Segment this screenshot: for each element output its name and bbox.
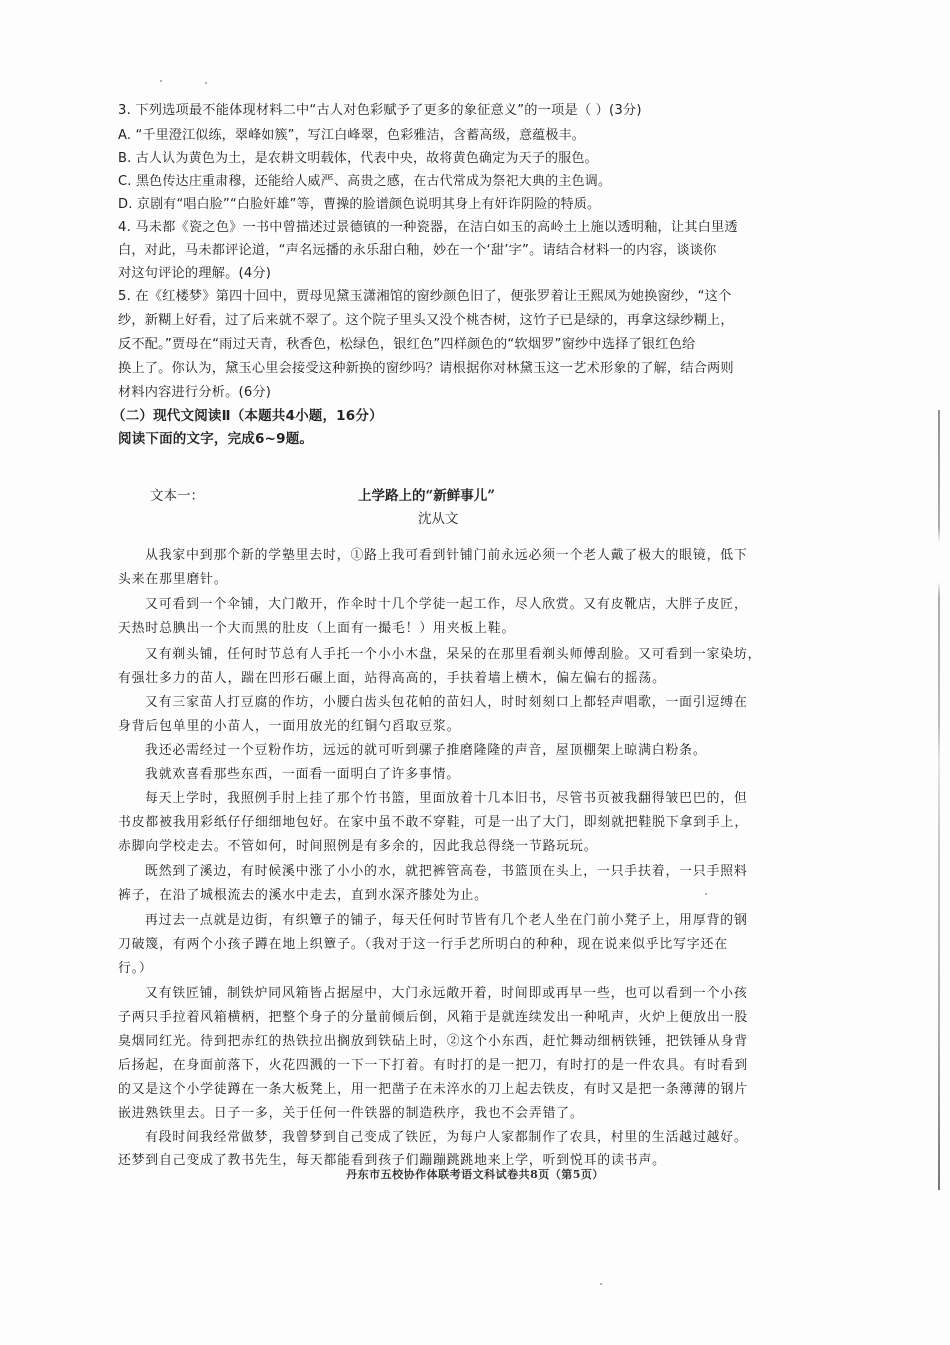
text-1-label: 文本一：: [150, 484, 204, 504]
question-5-line-1: 5. 在《红楼梦》第四十回中，贾母见黛玉潇湘馆的窗纱颜色旧了，便张罗着让王熙凤为…: [118, 289, 848, 305]
body-line: 从我家中到那个新的学塾里去时，①路上我可看到针铺门前永远必须一个老人戴了极大的眼…: [145, 548, 875, 564]
body-line: 臭烟同红光。待到把赤红的热铁拉出搁放到铁砧上时，②这个小东西，赶忙舞动细柄铁锤，…: [118, 1034, 848, 1050]
text-1-author: 沈从文: [418, 507, 459, 527]
question-4-line-2: 白，对此，马未都评论道，“声名远播的永乐甜白釉，妙在一个‘甜’字”。请结合材料一…: [118, 243, 848, 259]
binding-margin-line: [938, 410, 940, 1190]
question-5-line-4: 换上了。你认为，黛玉心里会接受这种新换的窗纱吗？请根据你对林黛玉这一艺术形象的了…: [118, 361, 848, 377]
body-line: 嵌进熟铁里去。日子一多，关于任何一件铁器的制造秩序，我也不会弄错了。: [118, 1106, 848, 1122]
question-5-line-2: 纱，新糊上好看，过了后来就不翠了。这个院子里头又没个桃杏树，这竹子已是绿的，再拿…: [118, 313, 848, 329]
body-line: 再过去一点就是边街，有织簟子的铺子，每天任何时节皆有几个老人坐在门前小凳子上，用…: [145, 913, 875, 929]
section-2-header: （二）现代文阅读Ⅱ（本题共4小题，16分）: [112, 408, 842, 424]
body-line: 我就欢喜看那些东西，一面看一面明白了许多事情。: [145, 767, 875, 783]
scan-speck: [705, 893, 707, 895]
body-line: 我还必需经过一个豆粉作坊，远远的就可听到骡子推磨隆隆的声音，屋顶棚架上晾满白粉条…: [145, 743, 875, 759]
section-2-instruction: 阅读下面的文字，完成6~9题。: [118, 431, 848, 447]
question-4-line-1: 4. 马未都《瓷之色》一书中曾描述过景德镇的一种瓷器，在洁白如玉的高岭土上施以透…: [118, 220, 848, 236]
body-line: 刀破篾，有两个小孩子蹲在地上织簟子。（我对于这一行手艺所明白的种种，现在说来似乎…: [118, 937, 848, 953]
question-3-option-d: D. 京剧有“唱白脸”“白脸奸雄”等，曹操的脸谱颜色说明其身上有奸诈阴险的特质。: [118, 197, 848, 213]
body-line: 子两只手拉着风箱横柄，把整个身子的分量前倾后倒，风箱于是就连续发出一种吼声，火炉…: [118, 1010, 848, 1026]
body-line: 行。）: [118, 961, 848, 977]
scan-speck: [600, 1283, 602, 1285]
body-line: 又可看到一个伞铺，大门敞开，作伞时十几个学徒一起工作，尽人欣赏。又有皮靴店，大胖…: [145, 597, 875, 613]
body-line: 有段时间我经常做梦，我曾梦到自己变成了铁匠，为每户人家都制作了农具，村里的生活越…: [145, 1130, 875, 1146]
question-3-stem: 3. 下列选项最不能体现材料二中“古人对色彩赋予了更多的象征意义”的一项是（ ）…: [118, 103, 848, 119]
body-line: 身背后包单里的小苗人，一面用放光的红铜勺舀取豆浆。: [118, 719, 848, 735]
page-footer: 丹东市五校协作体联考语文科试卷共8页（第5页）: [0, 1166, 950, 1182]
body-line: 又有剃头铺，任何时节总有人手托一个小小木盘，呆呆的在那里看剃头师傅刮脸。又可看到…: [145, 647, 875, 663]
body-line: 头来在那里磨针。: [118, 572, 848, 588]
body-line: 天热时总腆出一个大而黑的肚皮（上面有一撮毛！）用夹板上鞋。: [118, 621, 848, 637]
question-5-line-5: 材料内容进行分析。(6分): [118, 385, 848, 401]
question-4-line-3: 对这句评论的理解。(4分): [118, 266, 848, 282]
body-line: 后扬起，在身面前落下，火花四溅的一下一下打着。有时打的是一把刀，有时打的是一件农…: [118, 1058, 848, 1074]
body-line: 有强壮多力的苗人，踹在凹形石碾上面，站得高高的，手扶着墙上横木，偏左偏右的摇荡。: [118, 671, 848, 687]
body-line: 的又是这个小学徒蹲在一条大板凳上，用一把凿子在未淬水的刀上起去铁皮，有时又是把一…: [118, 1082, 848, 1098]
scan-speck: [160, 80, 162, 82]
body-line: 又有三家苗人打豆腐的作坊，小腰白齿头包花帕的苗妇人，时时刻刻口上都轻声唱歌，一面…: [145, 695, 875, 711]
body-line: 裤子，在沿了城根流去的溪水中走去，直到水深齐膝处为止。: [118, 888, 848, 904]
body-line: 每天上学时，我照例手肘上挂了那个竹书篮，里面放着十几本旧书，尽管书页被我翻得皱巴…: [145, 791, 875, 807]
scan-speck: [205, 82, 207, 84]
body-line: 书皮都被我用彩纸仔仔细细地包好。在家中虽不敢不穿鞋，可是一出了大门，即刻就把鞋脱…: [118, 815, 848, 831]
question-5-line-3: 反不配。”贾母在“雨过天青，秋香色，松绿色，银红色”四样颜色的“软烟罗”窗纱中选…: [118, 337, 848, 353]
question-3-option-c: C. 黑色传达庄重肃穆，还能给人威严、高贵之感，在古代常成为祭祀大典的主色调。: [118, 174, 848, 190]
question-3-option-a: A. “千里澄江似练，翠峰如簇”，写江白峰翠，色彩雅洁，含蓄高级，意蕴极丰。: [118, 128, 848, 144]
exam-page: 3. 下列选项最不能体现材料二中“古人对色彩赋予了更多的象征意义”的一项是（ ）…: [0, 0, 950, 1345]
text-1-title: 上学路上的“新鲜事儿”: [358, 484, 495, 504]
body-line: 又有铁匠铺，制铁炉同风箱皆占据屋中，大门永远敞开着，时间即或再早一些，也可以看到…: [145, 986, 875, 1002]
body-line: 赤脚向学校走去。不管如何，时间照例是有多余的，因此我总得绕一节路玩玩。: [118, 839, 848, 855]
body-line: 既然到了溪边，有时候溪中涨了小小的水，就把裤管高卷，书篮顶在头上，一只手扶着，一…: [145, 864, 875, 880]
question-3-option-b: B. 古人认为黄色为土，是农耕文明载体，代表中央，故将黄色确定为天子的服色。: [118, 151, 848, 167]
